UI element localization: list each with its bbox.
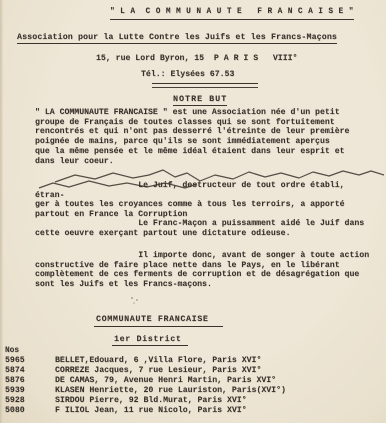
member-entry: BELLET,Edouard, 6 ,Villa Flore, Paris XV…	[55, 356, 381, 366]
phone-line: Tél.: Elysées 67.53	[141, 70, 234, 79]
member-row: 5080 F ILIOL Jean, 11 rue Nicolo, Paris …	[5, 406, 381, 416]
address-line: 15, rue Lord Byron, 15 P A R I S VIII°	[96, 54, 297, 63]
pencil-mark	[131, 297, 133, 299]
paragraph-conclusion: Il importe donc, avant de songer à toute…	[35, 251, 375, 290]
member-entry: SIRDOU Pierre, 92 Bld.Murat, Paris XVI°	[55, 396, 381, 406]
member-row: 5939 KLASEN Henriette, 20 rue Lauriston,…	[5, 386, 381, 396]
paragraph-le-juif: Le Juif, destructeur de tout ordre établ…	[35, 181, 375, 220]
district-heading: 1er District	[112, 334, 188, 346]
scanned-document-page: " L A C O M M U N A U T E F R A N C A I …	[0, 0, 386, 423]
member-row: 5965 BELLET,Edouard, 6 ,Villa Flore, Par…	[5, 356, 381, 366]
association-subtitle: Association pour la Lutte Contre les Jui…	[17, 33, 337, 44]
member-entry: KLASEN Henriette, 20 rue Lauriston, Pari…	[55, 386, 381, 396]
member-row: 5876 DE CAMAS, 79, Avenue Henri Martin, …	[5, 376, 381, 386]
member-entry: F ILIOL Jean, 11 rue Nicolo, Paris XVI°	[55, 406, 381, 416]
member-number: 5874	[5, 366, 55, 376]
member-number: 5928	[5, 396, 55, 406]
member-row: 5928 SIRDOU Pierre, 92 Bld.Murat, Paris …	[5, 396, 381, 406]
member-number: 5939	[5, 386, 55, 396]
divider-double-rule	[152, 83, 258, 88]
document-title: " L A C O M M U N A U T E F R A N C A I …	[110, 8, 354, 20]
member-roster: 5965 BELLET,Edouard, 6 ,Villa Flore, Par…	[5, 356, 381, 417]
member-number: 5876	[5, 376, 55, 386]
member-entry: DE CAMAS, 79, Avenue Henri Martin, Paris…	[55, 376, 381, 386]
member-number: 5965	[5, 356, 55, 366]
section-heading-notre-but: NOTRE BUT	[173, 94, 227, 106]
paragraph-franc-macon: Le Franc-Maçon a puissamment aidé le Jui…	[35, 219, 375, 238]
organization-heading: COMMUNAUTE FRANCAISE	[94, 314, 223, 327]
number-column-header: Nos	[5, 347, 19, 355]
member-row: 5874 CORREZE Jacques, 7 rue Lesieur, Par…	[5, 366, 381, 376]
paragraph-origin: " LA COMMUNAUTE FRANCAISE " est une Asso…	[35, 108, 375, 166]
member-entry: CORREZE Jacques, 7 rue Lesieur, Paris XV…	[55, 366, 381, 376]
member-number: 5080	[5, 406, 55, 416]
